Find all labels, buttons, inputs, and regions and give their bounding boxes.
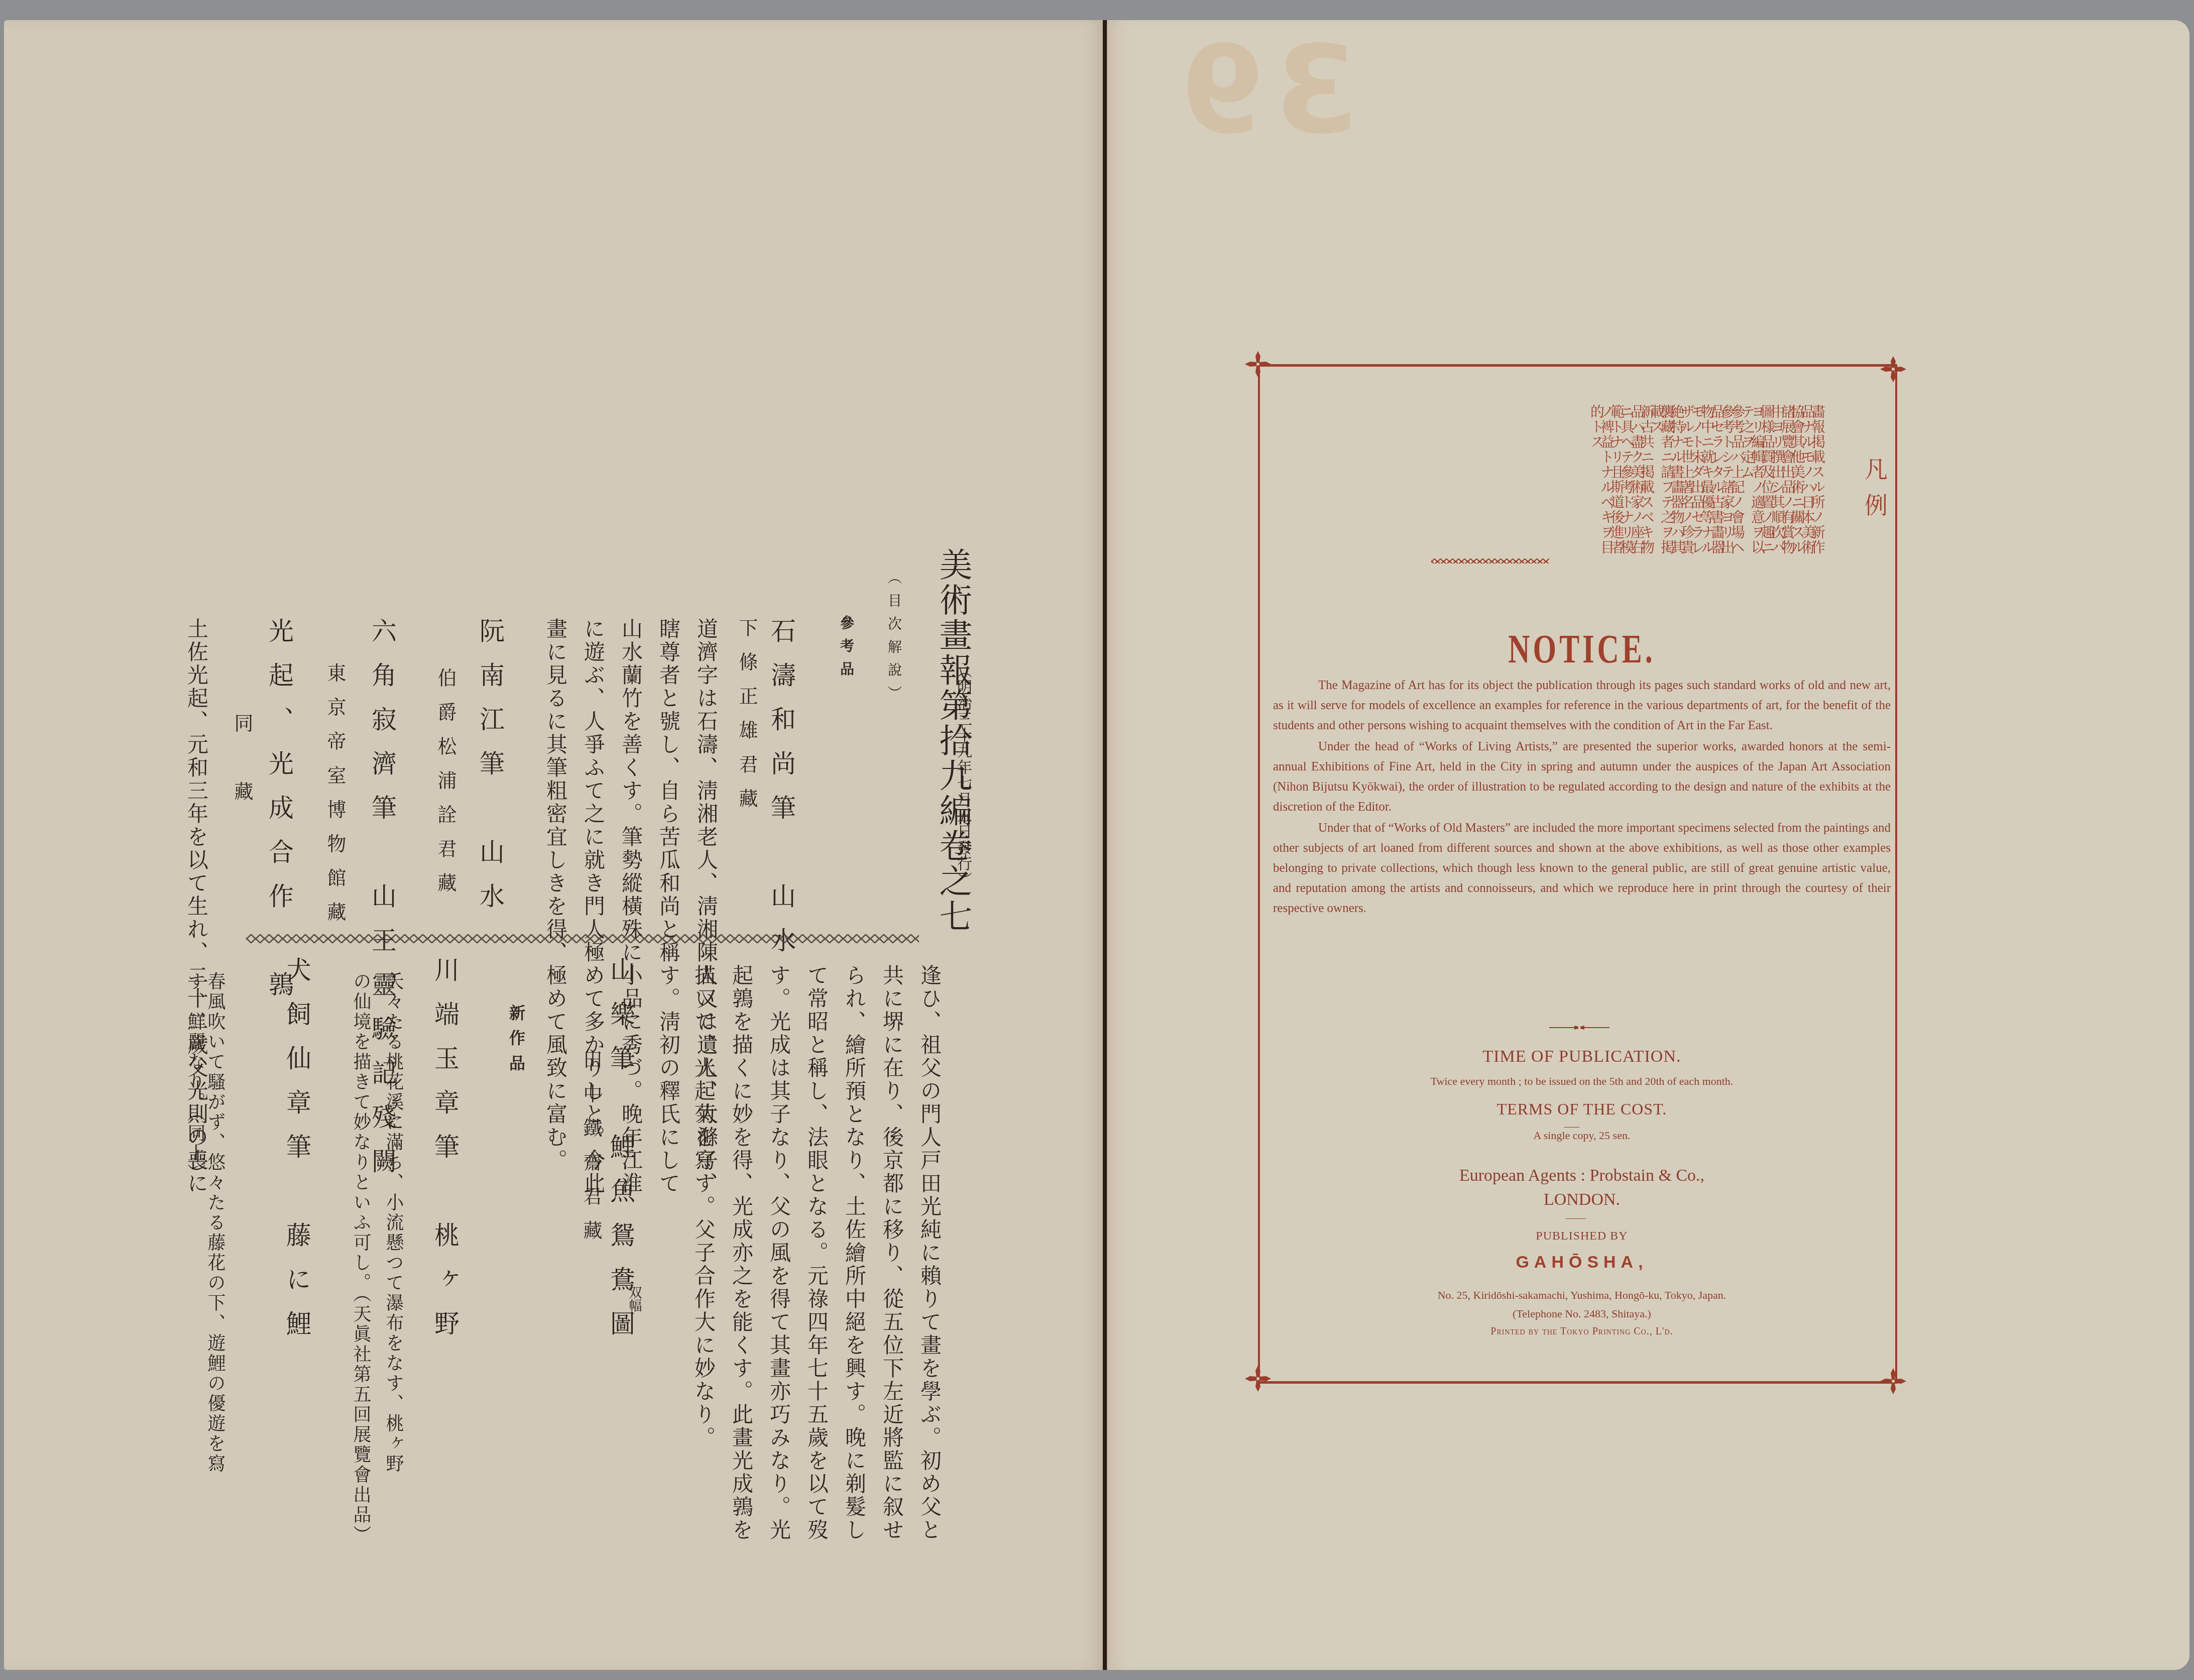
entry-note: 双幅 (625, 1286, 644, 1312)
section-divider (246, 934, 919, 943)
publisher-telephone: (Telephone No. 2483, Shitaya.) (1271, 1307, 1893, 1320)
rule (1564, 1127, 1579, 1128)
toc-subtitle: （目次解說） (884, 570, 904, 709)
notice-paragraph: Under that of “Works of Old Masters” are… (1273, 818, 1891, 919)
publisher-address: No. 25, Kiridōshi-sakamachi, Yushima, Ho… (1271, 1289, 1893, 1302)
notice-body: The Magazine of Art has for its object t… (1273, 676, 1891, 920)
printer-line: Printed by the Tokyo Printing Co., L'd. (1271, 1326, 1893, 1337)
entry-owner: 伯爵松浦詮君藏 (432, 668, 459, 907)
entry-heading: 川端玉章筆 桃ヶ野 (427, 957, 463, 1355)
entry-owner: 田中鐵齋君藏 (578, 1050, 605, 1255)
entry-body-line: の仙境を描きて妙なりといふ可し。（天眞社第五回展覽會出品） (352, 972, 370, 1545)
offset-stamp: 39 (1170, 20, 1358, 161)
entry-heading: 犬飼仙章筆 藤に鯉 (279, 957, 315, 1355)
cost-heading: TERMS OF THE COST. (1271, 1100, 1893, 1118)
time-text: Twice every month ; to be issued on the … (1271, 1075, 1893, 1088)
entry-owner: 東京帝室博物館藏 (321, 663, 349, 936)
entry-body-line: す。光成は其子なり、父の風を得て其畫亦巧みなり。光 (768, 964, 789, 1542)
hanrei-divider (1431, 558, 1549, 564)
entry-body-line: 逢ひ、祖父の門人戸田光純に賴りて畫を學ぶ。初め父と (919, 964, 940, 1542)
section-reference: 參考品 (836, 615, 856, 685)
entry-body-line: 起鶉を描くに妙を得、光成亦之を能くす。此畫光成鶉を (731, 964, 752, 1542)
hanrei-title: 凡例 (1858, 457, 1891, 529)
flourish-divider-icon (1549, 1025, 1609, 1031)
section-new-works: 新作品 (505, 1004, 528, 1080)
notice-title: NOTICE. (1271, 626, 1893, 673)
corner-ornament-icon (1878, 1366, 1908, 1396)
publisher-name: GAHŌSHA, (1271, 1253, 1893, 1272)
entry-heading: 光起、光成合作 鶉 (261, 618, 297, 1016)
entry-heading: 阮南江筆 山水 (472, 618, 508, 927)
issue-date: （明治三十九年七月五日發行） (952, 663, 974, 888)
entry-body-line: 夭々たる桃花溪に滿ち、小流懸つて瀑布をなす、桃ヶ野 (384, 972, 402, 1474)
entry-owner: 下條正雄君藏 (733, 618, 761, 823)
corner-ornament-icon (1243, 349, 1273, 379)
entry-body-line: す、鮮麗なり。（同上） (186, 972, 204, 1184)
corner-ornament-icon (1243, 1364, 1273, 1394)
cost-text: A single copy, 25 sen. (1271, 1129, 1893, 1142)
corner-ornament-icon (1878, 354, 1908, 384)
entry-heading: 石濤和尚筆 山水 (763, 618, 799, 971)
entry-body-line: られ、繪所預となり、土佐繪所中絕を興す。晚に剃髮し (844, 964, 865, 1542)
entry-body-line: て常昭と稱し、法眼となる。元祿四年七十五歲を以て歿 (806, 964, 827, 1542)
time-heading: TIME OF PUBLICATION. (1271, 1047, 1893, 1066)
entry-body-line: 春風吹いて騷がず、悠々たる藤花の下、遊鯉の優遊を寫 (206, 972, 224, 1474)
notice-paragraph: The Magazine of Art has for its object t… (1273, 676, 1891, 736)
entry-body-line: 共に堺に在り、後京都に移り、從五位下左近將監に叙せ (881, 964, 902, 1542)
hanrei-line: 的トス (1589, 404, 1603, 450)
entry-body-line: 畫に見るに其筆粗密宜しきを得、極めて風致に富む。 (545, 618, 566, 1172)
entry-owner: 同 藏 (228, 713, 256, 816)
entry-body-line: 描いて、光起菊を寫す。父子合作大に妙なり。 (693, 964, 714, 1449)
published-by: PUBLISHED BY (1271, 1229, 1893, 1243)
notice-paragraph: Under the head of “Works of Living Artis… (1273, 737, 1891, 817)
book-gutter (1103, 20, 1107, 1670)
entry-body-line: 瞎尊者と號し、自ら苦瓜和尚と稱す。淸初の釋氏にして (658, 618, 679, 1195)
agents-city: LONDON. (1271, 1190, 1893, 1209)
rule (1566, 1218, 1586, 1219)
agents-line: European Agents : Probstain & Co., (1271, 1166, 1893, 1185)
